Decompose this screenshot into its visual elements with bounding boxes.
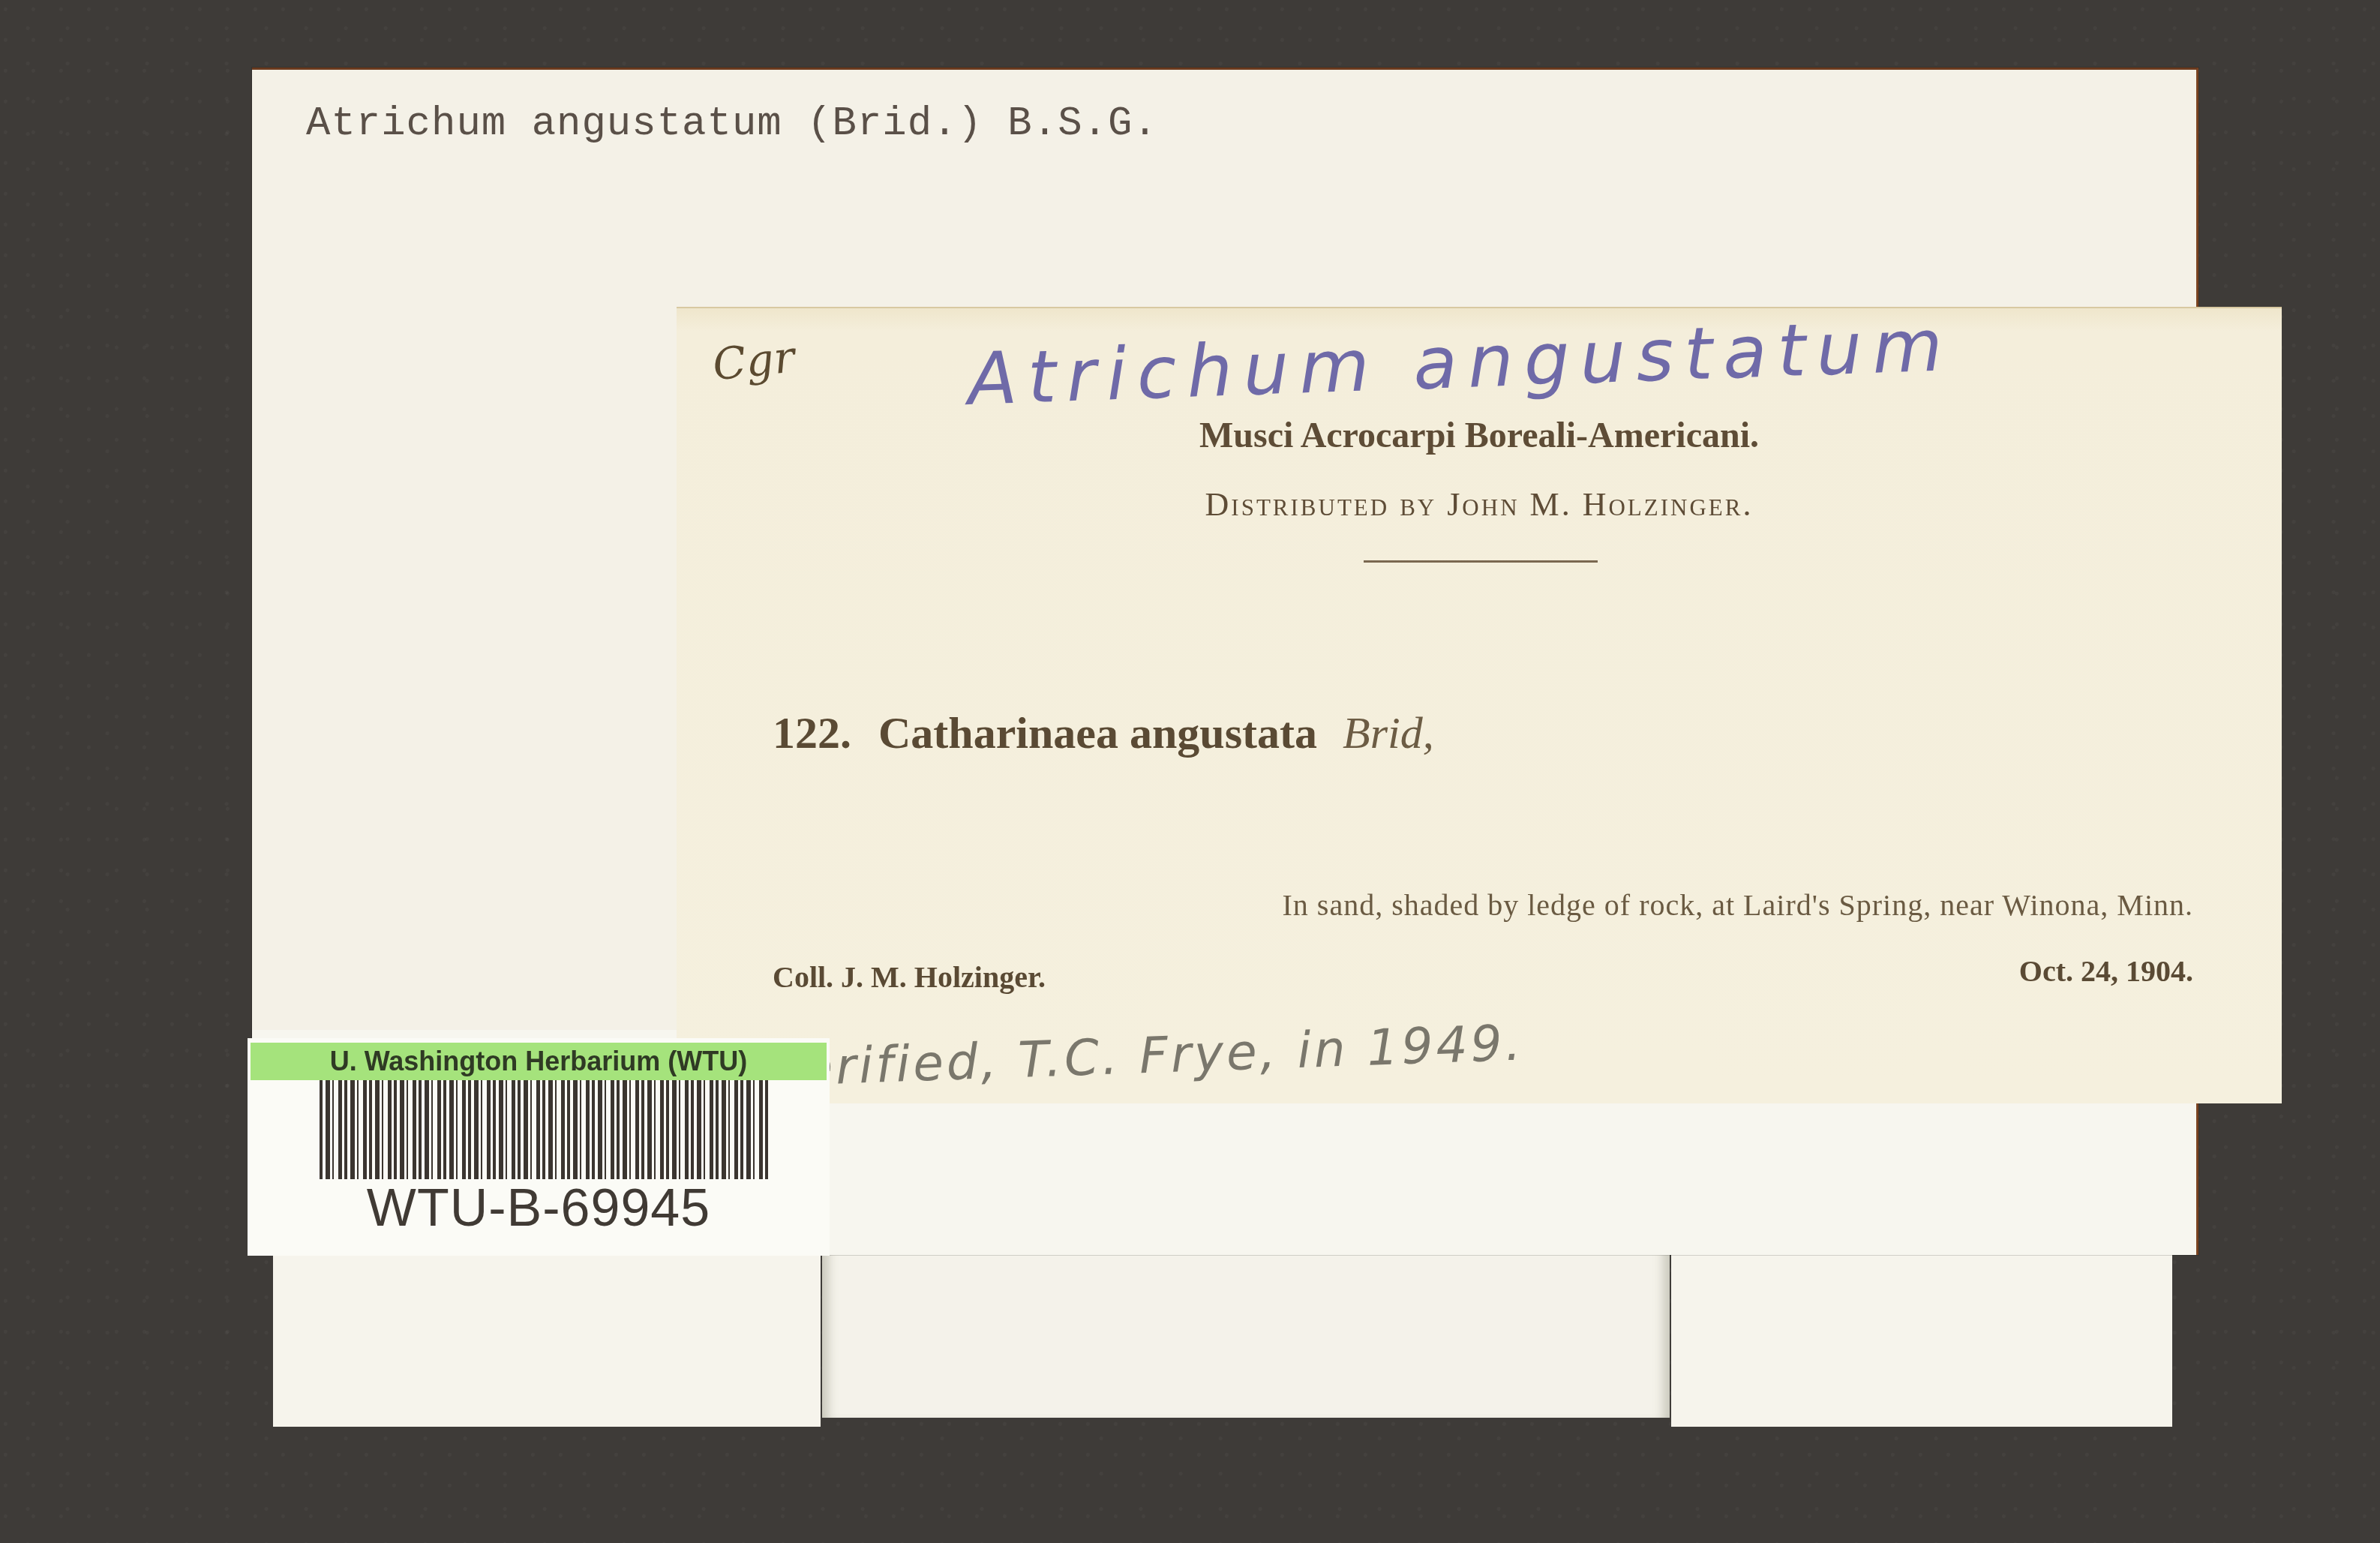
collector-text: Coll. J. M. Holzinger. [773, 959, 1046, 995]
original-specimen-label: Cgr Atrichum angustatum Musci Acrocarpi … [677, 307, 2282, 1103]
specimen-number: 122. [773, 708, 851, 758]
verification-note: Verified, T.C. Frye, in 1949. [767, 1013, 1525, 1097]
species-line: 122.Catharinaea angustataBrid, [773, 707, 1434, 759]
envelope-flap-middle [822, 1230, 1670, 1418]
catalog-number: WTU-B-69945 [248, 1178, 830, 1238]
distributor-line: Distributed by John M. Holzinger. [677, 485, 2282, 524]
envelope-flap-left [273, 1230, 821, 1427]
annotation-initials: Cgr [710, 331, 797, 390]
collection-date: Oct. 24, 1904. [2019, 953, 2193, 989]
typed-determination: Atrichum angustatum (Brid.) B.S.G. [306, 101, 1158, 147]
barcode-sticker: U. Washington Herbarium (WTU) WTU-B-6994… [248, 1038, 830, 1256]
locality-text: In sand, shaded by ledge of rock, at Lai… [1283, 887, 2193, 923]
institution-band: U. Washington Herbarium (WTU) [251, 1043, 827, 1080]
species-name: Catharinaea angustata [878, 708, 1317, 758]
series-title: Musci Acrocarpi Boreali-Americani. [677, 415, 2282, 456]
barcode-icon [320, 1080, 770, 1179]
handwritten-name: Atrichum angustatum [966, 303, 1954, 422]
species-author: Brid, [1343, 708, 1434, 758]
divider-rule [1364, 560, 1598, 563]
envelope-flap-right [1671, 1230, 2172, 1427]
